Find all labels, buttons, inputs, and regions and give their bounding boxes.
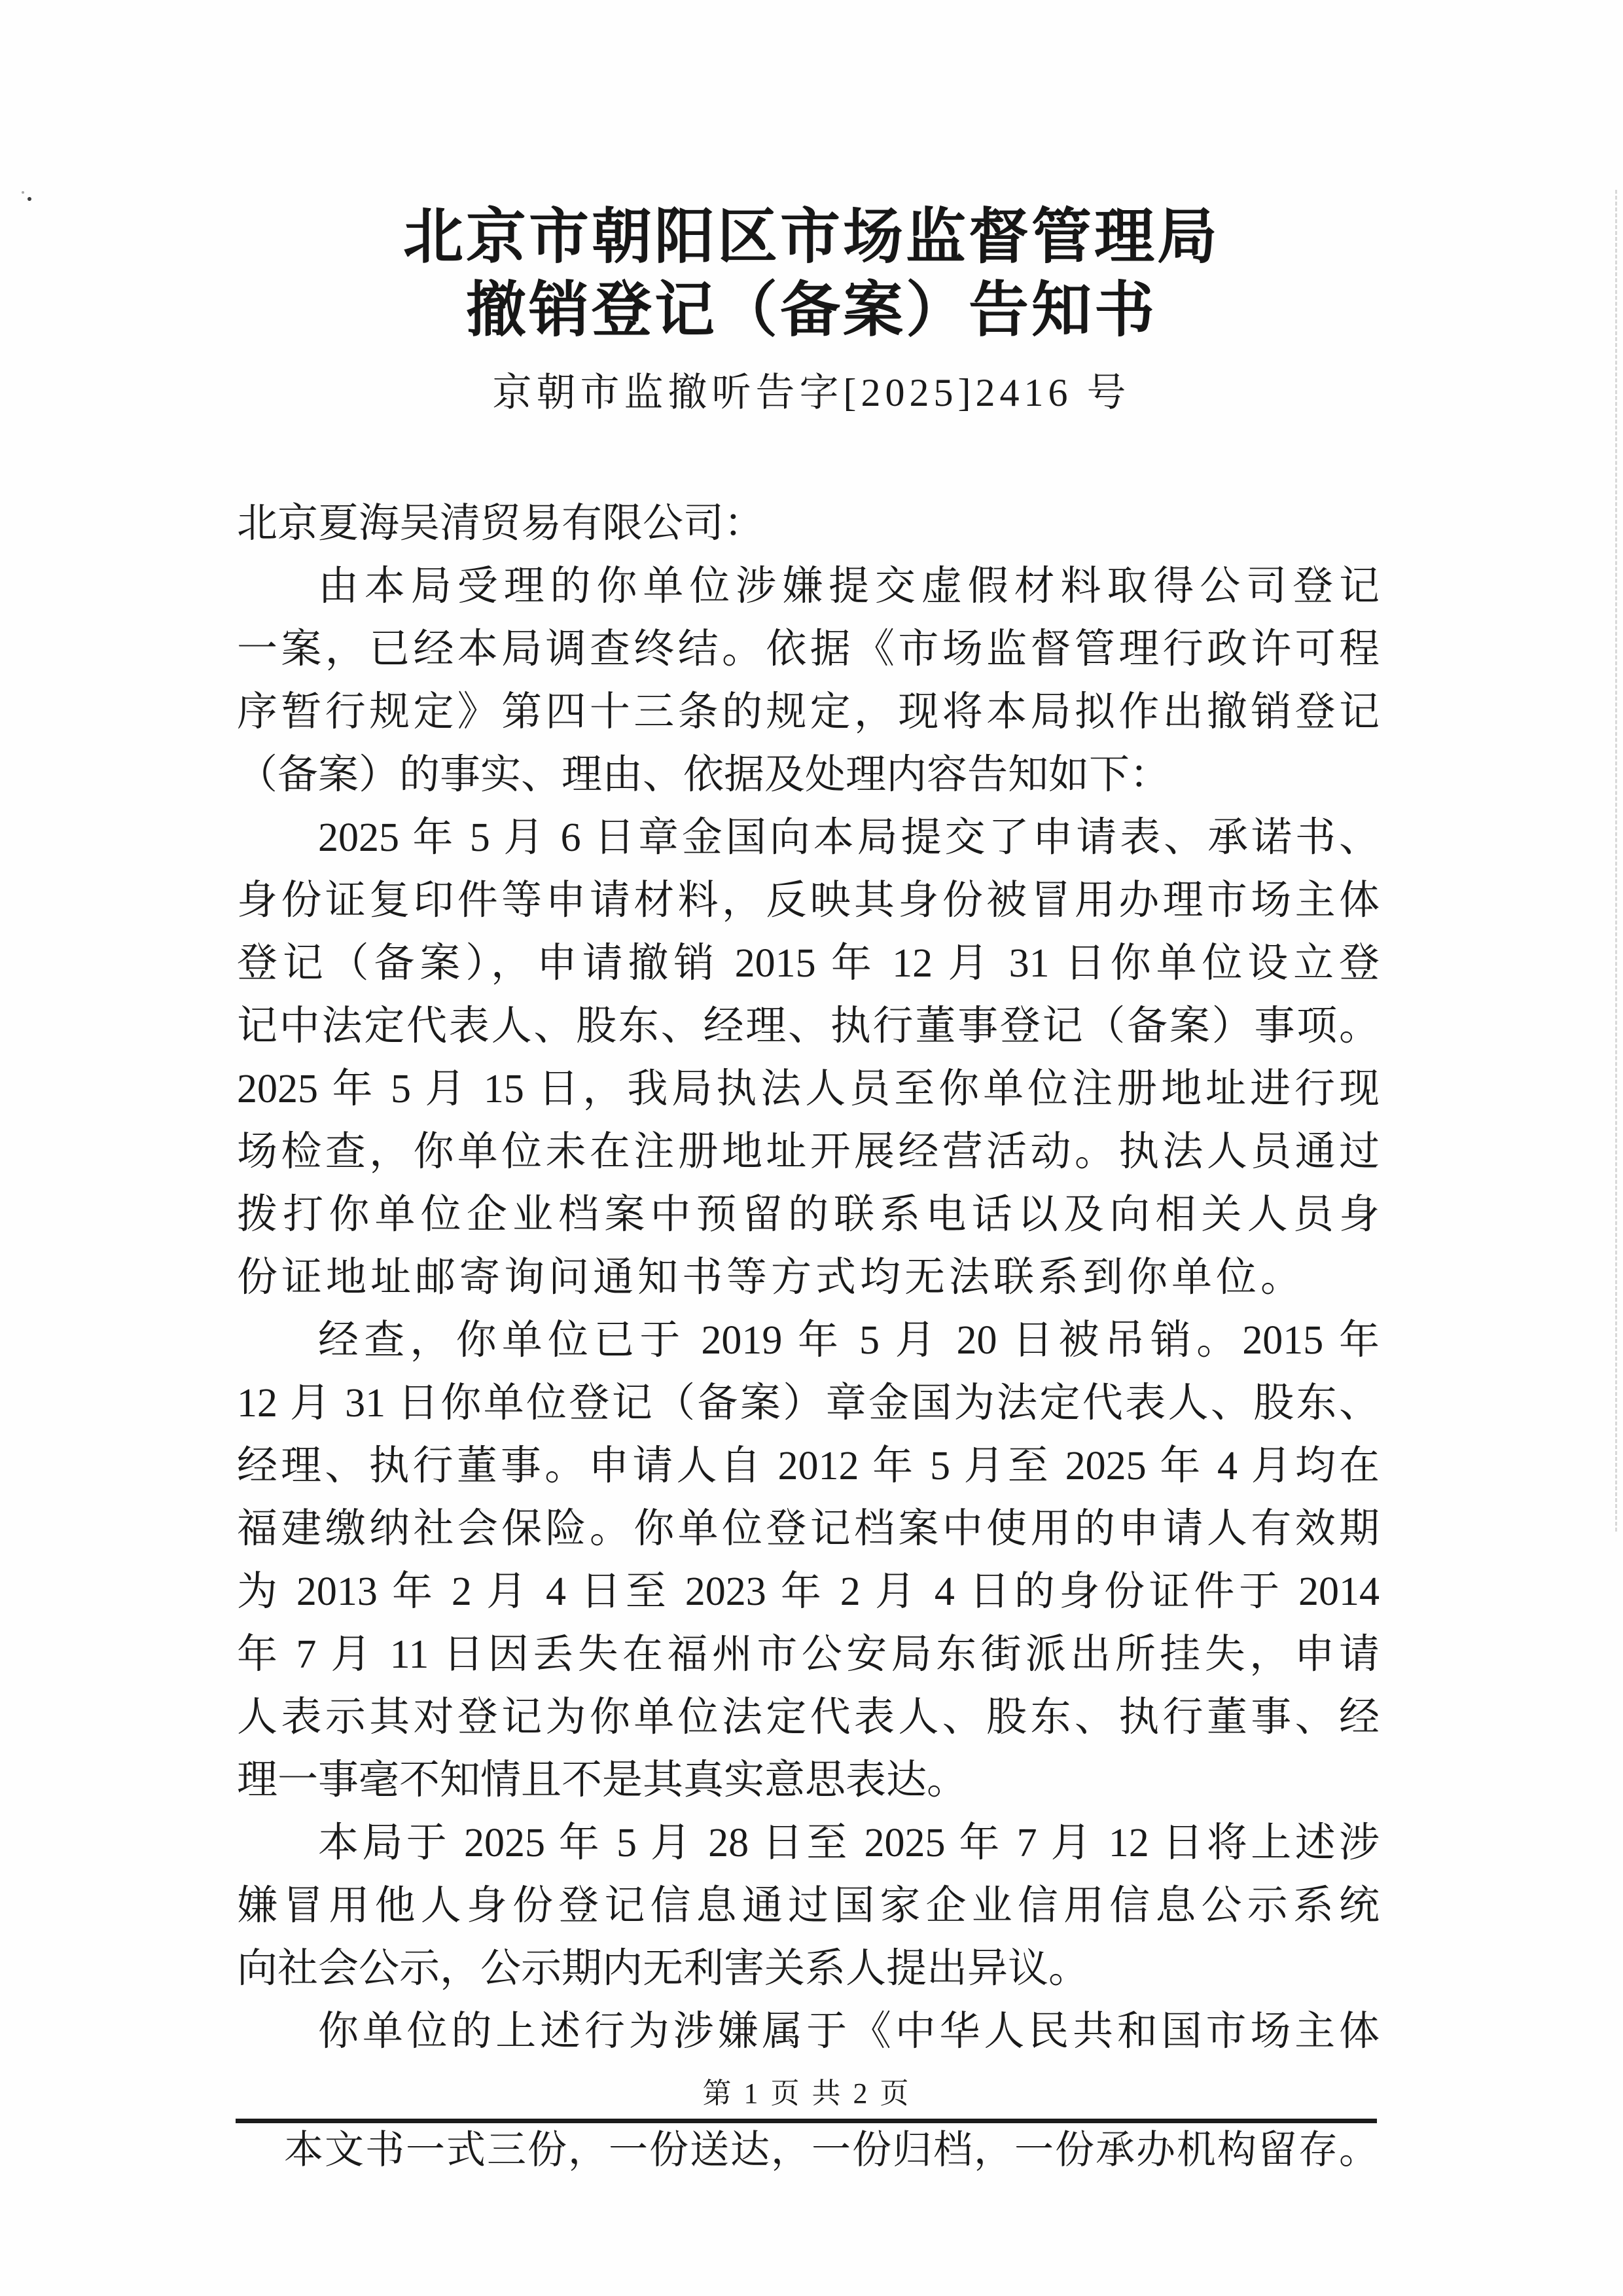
body-line: 嫌冒用他人身份登记信息通过国家企业信用信息公示系统	[237, 1874, 1380, 1937]
body-line: （备案）的事实、理由、依据及处理内容告知如下：	[237, 744, 1380, 806]
document-number: 京朝市监撤听告字[2025]2416 号	[0, 368, 1623, 418]
body-line: 份证地址邮寄询问通知书等方式均无法联系到你单位。	[237, 1246, 1380, 1309]
body-line: 2025 年 5 月 15 日，我局执法人员至你单位注册地址进行现	[237, 1058, 1380, 1121]
document-title-line-2: 撤销登记（备案）告知书	[0, 274, 1623, 347]
document-page: 北京市朝阳区市场监督管理局 撤销登记（备案）告知书 京朝市监撤听告字[2025]…	[0, 0, 1623, 2296]
footer-divider-rule	[236, 2119, 1377, 2123]
body-line: 为 2013 年 2 月 4 日至 2023 年 2 月 4 日的身份证件于 2…	[237, 1560, 1380, 1623]
body-line: 由本局受理的你单位涉嫌提交虚假材料取得公司登记	[237, 555, 1380, 618]
body-line: 记中法定代表人、股东、经理、执行董事登记（备案）事项。	[237, 995, 1380, 1058]
page-number-indicator: 第 1 页 共 2 页	[0, 2077, 1614, 2110]
body-line: 一案，已经本局调查终结。依据《市场监督管理行政许可程	[237, 618, 1380, 681]
body-line: 经理、执行董事。申请人自 2012 年 5 月至 2025 年 4 月均在	[237, 1435, 1380, 1498]
document-body: 北京夏海吴清贸易有限公司： 由本局受理的你单位涉嫌提交虚假材料取得公司登记 一案…	[237, 492, 1380, 2063]
body-line: 场检查，你单位未在注册地址开展经营活动。执法人员通过	[237, 1121, 1380, 1183]
body-line: 拨打你单位企业档案中预留的联系电话以及向相关人员身	[237, 1183, 1380, 1246]
document-title-line-1: 北京市朝阳区市场监督管理局	[0, 200, 1623, 274]
scan-artifact-speck	[22, 191, 24, 194]
document-title: 北京市朝阳区市场监督管理局 撤销登记（备案）告知书	[0, 200, 1623, 347]
body-line: 2025 年 5 月 6 日章金国向本局提交了申请表、承诺书、	[237, 806, 1380, 869]
body-line: 人表示其对登记为你单位法定代表人、股东、执行董事、经	[237, 1686, 1380, 1749]
body-line: 身份证复印件等申请材料，反映其身份被冒用办理市场主体	[237, 869, 1380, 932]
body-line: 向社会公示，公示期内无利害关系人提出异议。	[237, 1937, 1380, 2000]
body-line: 本局于 2025 年 5 月 28 日至 2025 年 7 月 12 日将上述涉	[237, 1812, 1380, 1874]
body-line: 你单位的上述行为涉嫌属于《中华人民共和国市场主体	[237, 2000, 1380, 2063]
body-line: 序暂行规定》第四十三条的规定，现将本局拟作出撤销登记	[237, 681, 1380, 744]
body-line: 经查，你单位已于 2019 年 5 月 20 日被吊销。2015 年	[237, 1309, 1380, 1372]
body-line: 福建缴纳社会保险。你单位登记档案中使用的申请人有效期	[237, 1498, 1380, 1560]
body-line: 年 7 月 11 日因丢失在福州市公安局东街派出所挂失，申请	[237, 1623, 1380, 1686]
body-line: 12 月 31 日你单位登记（备案）章金国为法定代表人、股东、	[237, 1372, 1380, 1435]
body-line: 登记（备案），申请撤销 2015 年 12 月 31 日你单位设立登	[237, 932, 1380, 995]
footer-copies-note: 本文书一式三份，一份送达，一份归档，一份承办机构留存。	[284, 2128, 1380, 2172]
body-line-recipient: 北京夏海吴清贸易有限公司：	[237, 492, 1380, 555]
body-line: 理一事毫不知情且不是其真实意思表达。	[237, 1749, 1380, 1812]
